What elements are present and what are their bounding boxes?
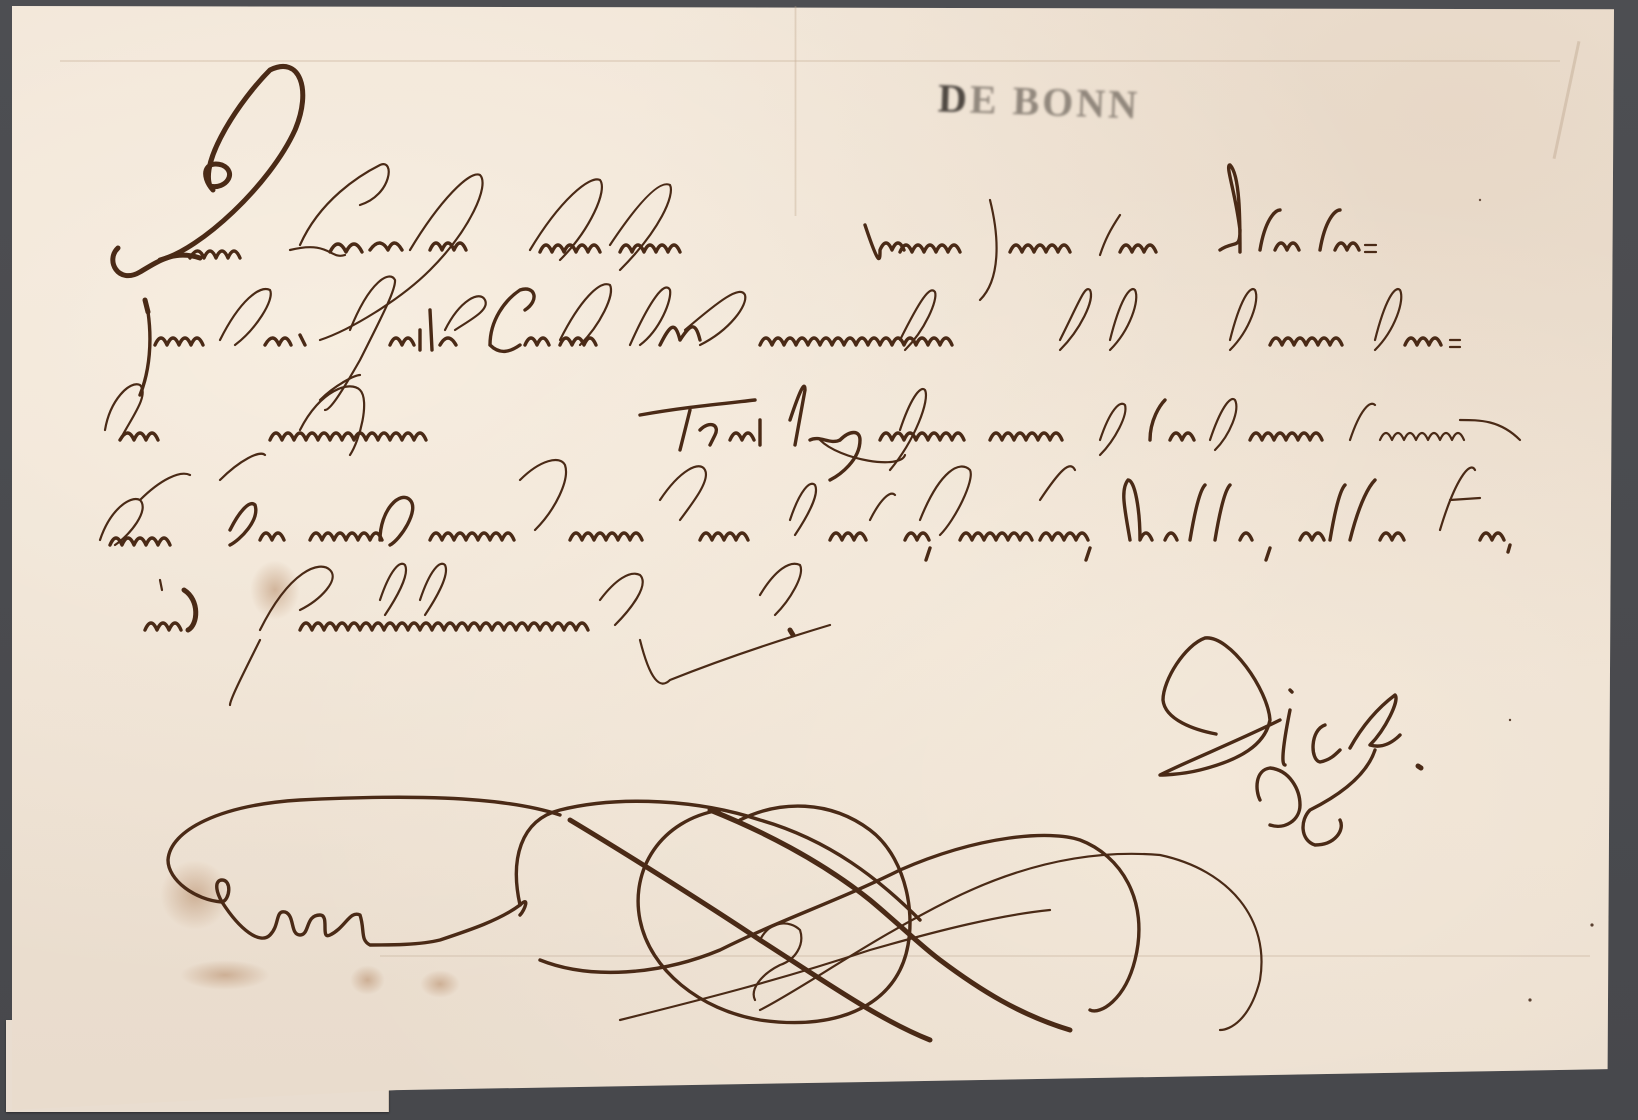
address-line-5-ink — [145, 564, 830, 705]
address-line-1-ink — [190, 164, 1376, 340]
address-line-3-ink — [105, 375, 1520, 480]
handwriting-ink — [0, 0, 1638, 1120]
initial-d-glyph — [113, 66, 303, 275]
destination-ink — [1160, 638, 1421, 845]
calligraphic-flourish — [168, 768, 1300, 1040]
address-line-4-ink — [100, 454, 1510, 560]
paper-specks — [1479, 199, 1594, 1002]
